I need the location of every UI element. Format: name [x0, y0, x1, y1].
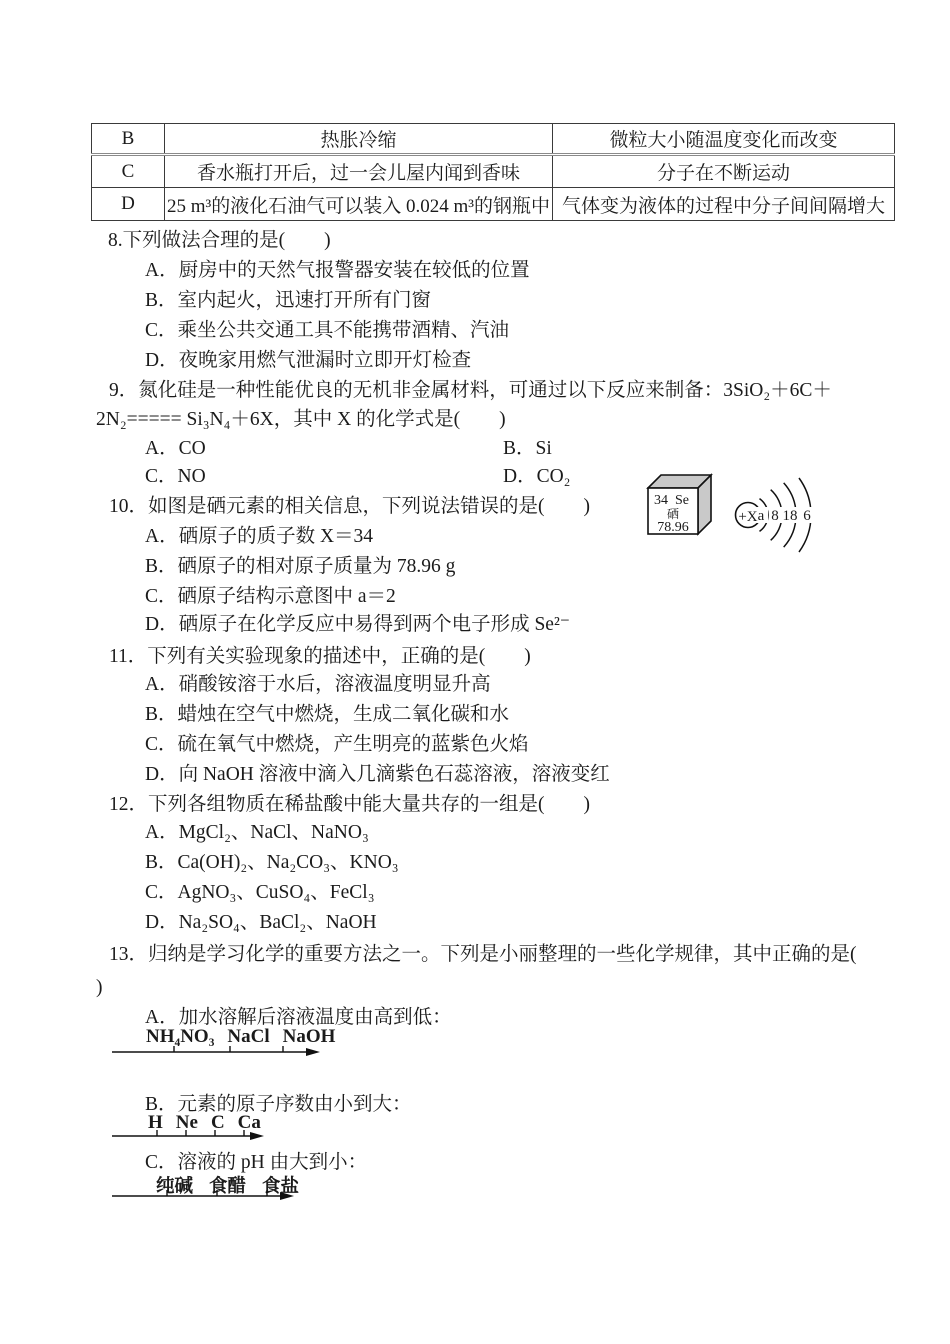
option-letter-cell: B — [92, 124, 165, 155]
phenomenon-cell: 热胀冷缩 — [165, 124, 553, 155]
question-13-line2: ) — [96, 975, 103, 1001]
arrowhead — [250, 1132, 264, 1140]
q12-option-a: A．MgCl₂、NaCl、NaNO₃ — [145, 820, 369, 846]
comparison-table: B 热胀冷缩 微粒大小随温度变化而改变 C 香水瓶打开后，过一会儿屋内闻到香味 … — [91, 123, 895, 221]
element-symbol-label: Se — [675, 493, 689, 508]
arrowhead — [280, 1192, 294, 1200]
question-13-line1: 13．归纳是学习化学的重要方法之一。下列是小丽整理的一些化学规律，其中正确的是( — [109, 942, 857, 968]
shell-count-label: 6 — [803, 508, 811, 524]
q12-option-b: B．Ca(OH)₂、Na₂CO₃、KNO₃ — [145, 850, 399, 876]
atomic-number-label: 34 — [654, 493, 668, 508]
phenomenon-cell: 25 m³的液化石油气可以装入 0.024 m³的钢瓶中 — [165, 188, 553, 221]
q8-option-b: B．室内起火，迅速打开所有门窗 — [145, 288, 431, 314]
nucleus-charge-label: +X — [738, 509, 757, 525]
question-9-line1: 9．氮化硅是一种性能优良的无机非金属材料，可通过以下反应来制备：3SiO₂＋6C… — [109, 378, 832, 404]
sequence-arrow — [112, 1126, 268, 1142]
shell-count-label: a — [758, 508, 765, 524]
q8-option-d: D．夜晚家用燃气泄漏时立即开灯检查 — [145, 348, 471, 374]
q11-option-b: B．蜡烛在空气中燃烧，生成二氧化碳和水 — [145, 702, 509, 728]
q12-option-c: C．AgNO₃、CuSO₄、FeCl₃ — [145, 880, 375, 906]
q9-option-c: C．NO — [145, 464, 206, 490]
shell-count-label: 8 — [771, 508, 779, 524]
explanation-cell: 分子在不断运动 — [552, 155, 894, 188]
question-12-title: 12．下列各组物质在稀盐酸中能大量共存的一组是( ) — [109, 792, 590, 818]
element-name-label: 硒 — [667, 507, 679, 521]
q9-option-d: D．CO₂ — [503, 464, 570, 490]
table-row: D 25 m³的液化石油气可以装入 0.024 m³的钢瓶中 气体变为液体的过程… — [92, 188, 895, 221]
shell-count-label: 18 — [783, 508, 798, 524]
atom-structure-diagram: +X a 8 18 6 — [728, 470, 846, 562]
q11-option-a: A．硝酸铵溶于水后，溶液温度明显升高 — [145, 672, 491, 698]
arrowhead — [306, 1048, 320, 1056]
table-row: C 香水瓶打开后，过一会儿屋内闻到香味 分子在不断运动 — [92, 155, 895, 188]
q10-option-a: A．硒原子的质子数 X＝34 — [145, 524, 373, 550]
exam-page: B 热胀冷缩 微粒大小随温度变化而改变 C 香水瓶打开后，过一会儿屋内闻到香味 … — [0, 0, 950, 1344]
sequence-arrow — [112, 1042, 324, 1058]
q11-option-c: C．硫在氧气中燃烧，产生明亮的蓝紫色火焰 — [145, 732, 529, 758]
q11-option-d: D．向 NaOH 溶液中滴入几滴紫色石蕊溶液，溶液变红 — [145, 762, 610, 788]
explanation-cell: 气体变为液体的过程中分子间间隔增大 — [552, 188, 894, 221]
table-row: B 热胀冷缩 微粒大小随温度变化而改变 — [92, 124, 895, 155]
q10-option-c: C．硒原子结构示意图中 a＝2 — [145, 584, 396, 610]
q10-option-b: B．硒原子的相对原子质量为 78.96 g — [145, 554, 455, 580]
q12-option-d: D．Na₂SO₄、BaCl₂、NaOH — [145, 910, 377, 936]
explanation-cell: 微粒大小随温度变化而改变 — [552, 124, 894, 155]
option-letter-cell: D — [92, 188, 165, 221]
atomic-mass-label: 78.96 — [657, 520, 689, 535]
question-9-line2: 2N₂===== Si₃N₄＋6X，其中 X 的化学式是( ) — [96, 407, 506, 433]
sequence-arrow — [112, 1186, 298, 1202]
question-11-title: 11．下列有关实验现象的描述中，正确的是( ) — [109, 644, 531, 670]
q10-option-d: D．硒原子在化学反应中易得到两个电子形成 Se²⁻ — [145, 612, 570, 638]
q8-option-c: C．乘坐公共交通工具不能携带酒精、汽油 — [145, 318, 509, 344]
q9-option-a: A．CO — [145, 436, 206, 462]
option-letter-cell: C — [92, 155, 165, 188]
question-8-title: 8.下列做法合理的是( ) — [108, 228, 331, 254]
phenomenon-cell: 香水瓶打开后，过一会儿屋内闻到香味 — [165, 155, 553, 188]
element-info-card: 34 Se 硒 78.96 — [645, 472, 725, 540]
question-10-title: 10．如图是硒元素的相关信息，下列说法错误的是( ) — [109, 494, 590, 520]
q9-option-b: B．Si — [503, 436, 552, 462]
q8-option-a: A．厨房中的天然气报警器安装在较低的位置 — [145, 258, 530, 284]
